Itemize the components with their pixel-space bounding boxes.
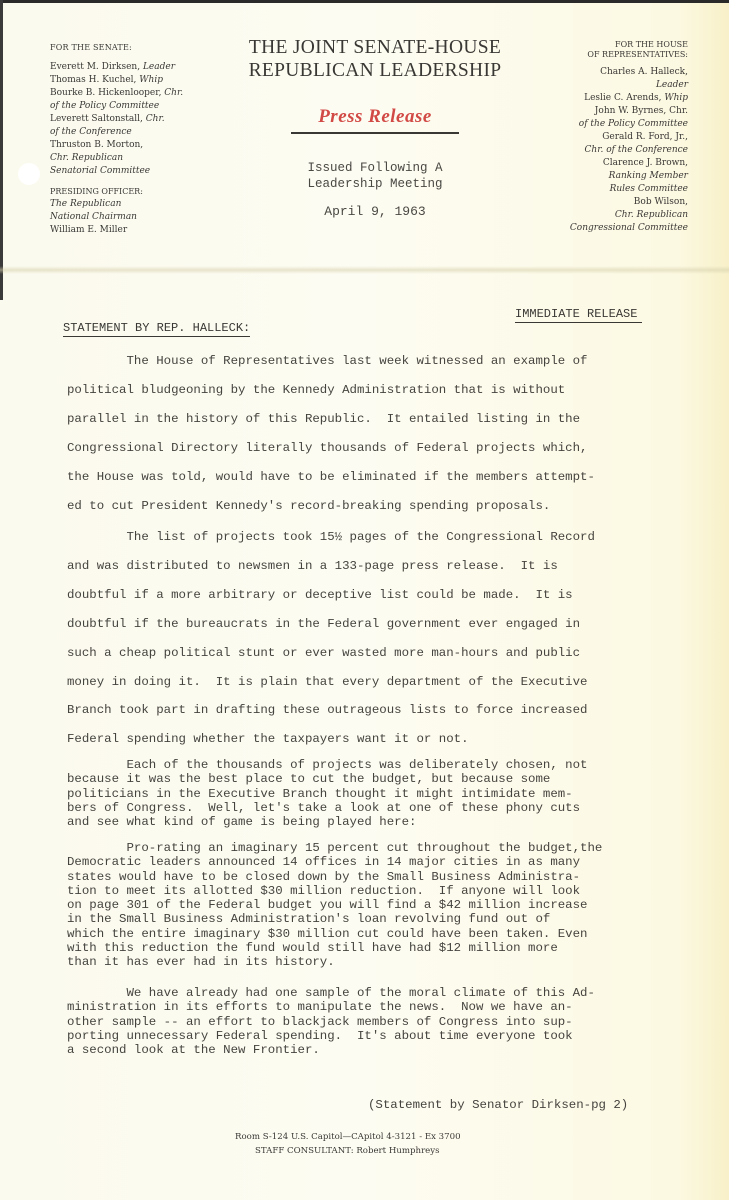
punch-hole bbox=[18, 163, 40, 185]
house-member-role: Rules Committee bbox=[508, 183, 688, 196]
senate-member: Everett M. Dirksen, Leader bbox=[50, 61, 230, 74]
house-member: John W. Byrnes, Chr. bbox=[508, 105, 688, 118]
house-member: Clarence J. Brown, bbox=[508, 157, 688, 170]
house-member-role: Congressional Committee bbox=[508, 222, 688, 235]
document-page: FOR THE SENATE: Everett M. Dirksen, Lead… bbox=[0, 0, 729, 1200]
house-member: Leslie C. Arends, Whip bbox=[508, 92, 688, 105]
senate-member: Thomas H. Kuchel, Whip bbox=[50, 74, 230, 87]
release-date: April 9, 1963 bbox=[222, 204, 528, 219]
paragraph-5: We have already had one sample of the mo… bbox=[67, 986, 707, 1057]
paper-fold-line bbox=[0, 266, 729, 274]
house-member: Bob Wilson, bbox=[508, 196, 688, 209]
house-member: Charles A. Halleck, bbox=[508, 66, 688, 79]
office-address: Room S-124 U.S. Capitol—CApitol 4-3121 -… bbox=[235, 1130, 461, 1144]
continuation-note: (Statement by Senator Dirksen-pg 2) bbox=[368, 1098, 628, 1112]
scan-left-edge bbox=[0, 0, 3, 300]
issued-note: Issued Following A Leadership Meeting bbox=[222, 160, 528, 192]
paragraph-2: The list of projects took 15½ pages of t… bbox=[67, 523, 707, 754]
house-roster: FOR THE HOUSE OF REPRESENTATIVES: Charle… bbox=[508, 40, 688, 235]
house-member-role: Chr. Republican bbox=[508, 209, 688, 222]
staff-consultant: STAFF CONSULTANT: Robert Humphreys bbox=[235, 1144, 461, 1158]
press-release-label: Press Release bbox=[291, 106, 459, 134]
senate-member-role: Senatorial Committee bbox=[50, 165, 230, 178]
house-member-role: Chr. of the Conference bbox=[508, 144, 688, 157]
senate-member-role: Chr. Republican bbox=[50, 152, 230, 165]
senate-roster: FOR THE SENATE: Everett M. Dirksen, Lead… bbox=[50, 41, 230, 237]
letterhead-title-line1: THE JOINT SENATE-HOUSE bbox=[222, 36, 528, 59]
senate-member-role: of the Policy Committee bbox=[50, 100, 230, 113]
presiding-name: William E. Miller bbox=[50, 224, 230, 237]
scan-top-edge bbox=[0, 0, 729, 3]
paragraph-4: Pro-rating an imaginary 15 percent cut t… bbox=[67, 841, 707, 970]
presiding-role: The Republican bbox=[50, 198, 230, 211]
house-member-role: Ranking Member bbox=[508, 170, 688, 183]
senate-header: FOR THE SENATE: bbox=[50, 41, 230, 54]
senate-member-role: of the Conference bbox=[50, 126, 230, 139]
letterhead-title-line2: REPUBLICAN LEADERSHIP bbox=[222, 59, 528, 82]
paragraph-1: The House of Representatives last week w… bbox=[67, 347, 707, 520]
immediate-release-label: IMMEDIATE RELEASE bbox=[515, 307, 642, 323]
senate-member: Bourke B. Hickenlooper, Chr. bbox=[50, 87, 230, 100]
footer-address-block: Room S-124 U.S. Capitol—CApitol 4-3121 -… bbox=[235, 1130, 461, 1158]
house-header: FOR THE HOUSE OF REPRESENTATIVES: bbox=[508, 40, 688, 60]
paragraph-3: Each of the thousands of projects was de… bbox=[67, 758, 707, 829]
house-member: Gerald R. Ford, Jr., bbox=[508, 131, 688, 144]
letterhead: THE JOINT SENATE-HOUSE REPUBLICAN LEADER… bbox=[222, 36, 528, 219]
house-member-role: of the Policy Committee bbox=[508, 118, 688, 131]
house-member-role: Leader bbox=[508, 79, 688, 92]
statement-header: STATEMENT BY REP. HALLECK: bbox=[63, 321, 250, 337]
senate-member: Thruston B. Morton, bbox=[50, 139, 230, 152]
presiding-officer-header: PRESIDING OFFICER: bbox=[50, 185, 230, 198]
senate-member: Leverett Saltonstall, Chr. bbox=[50, 113, 230, 126]
presiding-role: National Chairman bbox=[50, 211, 230, 224]
